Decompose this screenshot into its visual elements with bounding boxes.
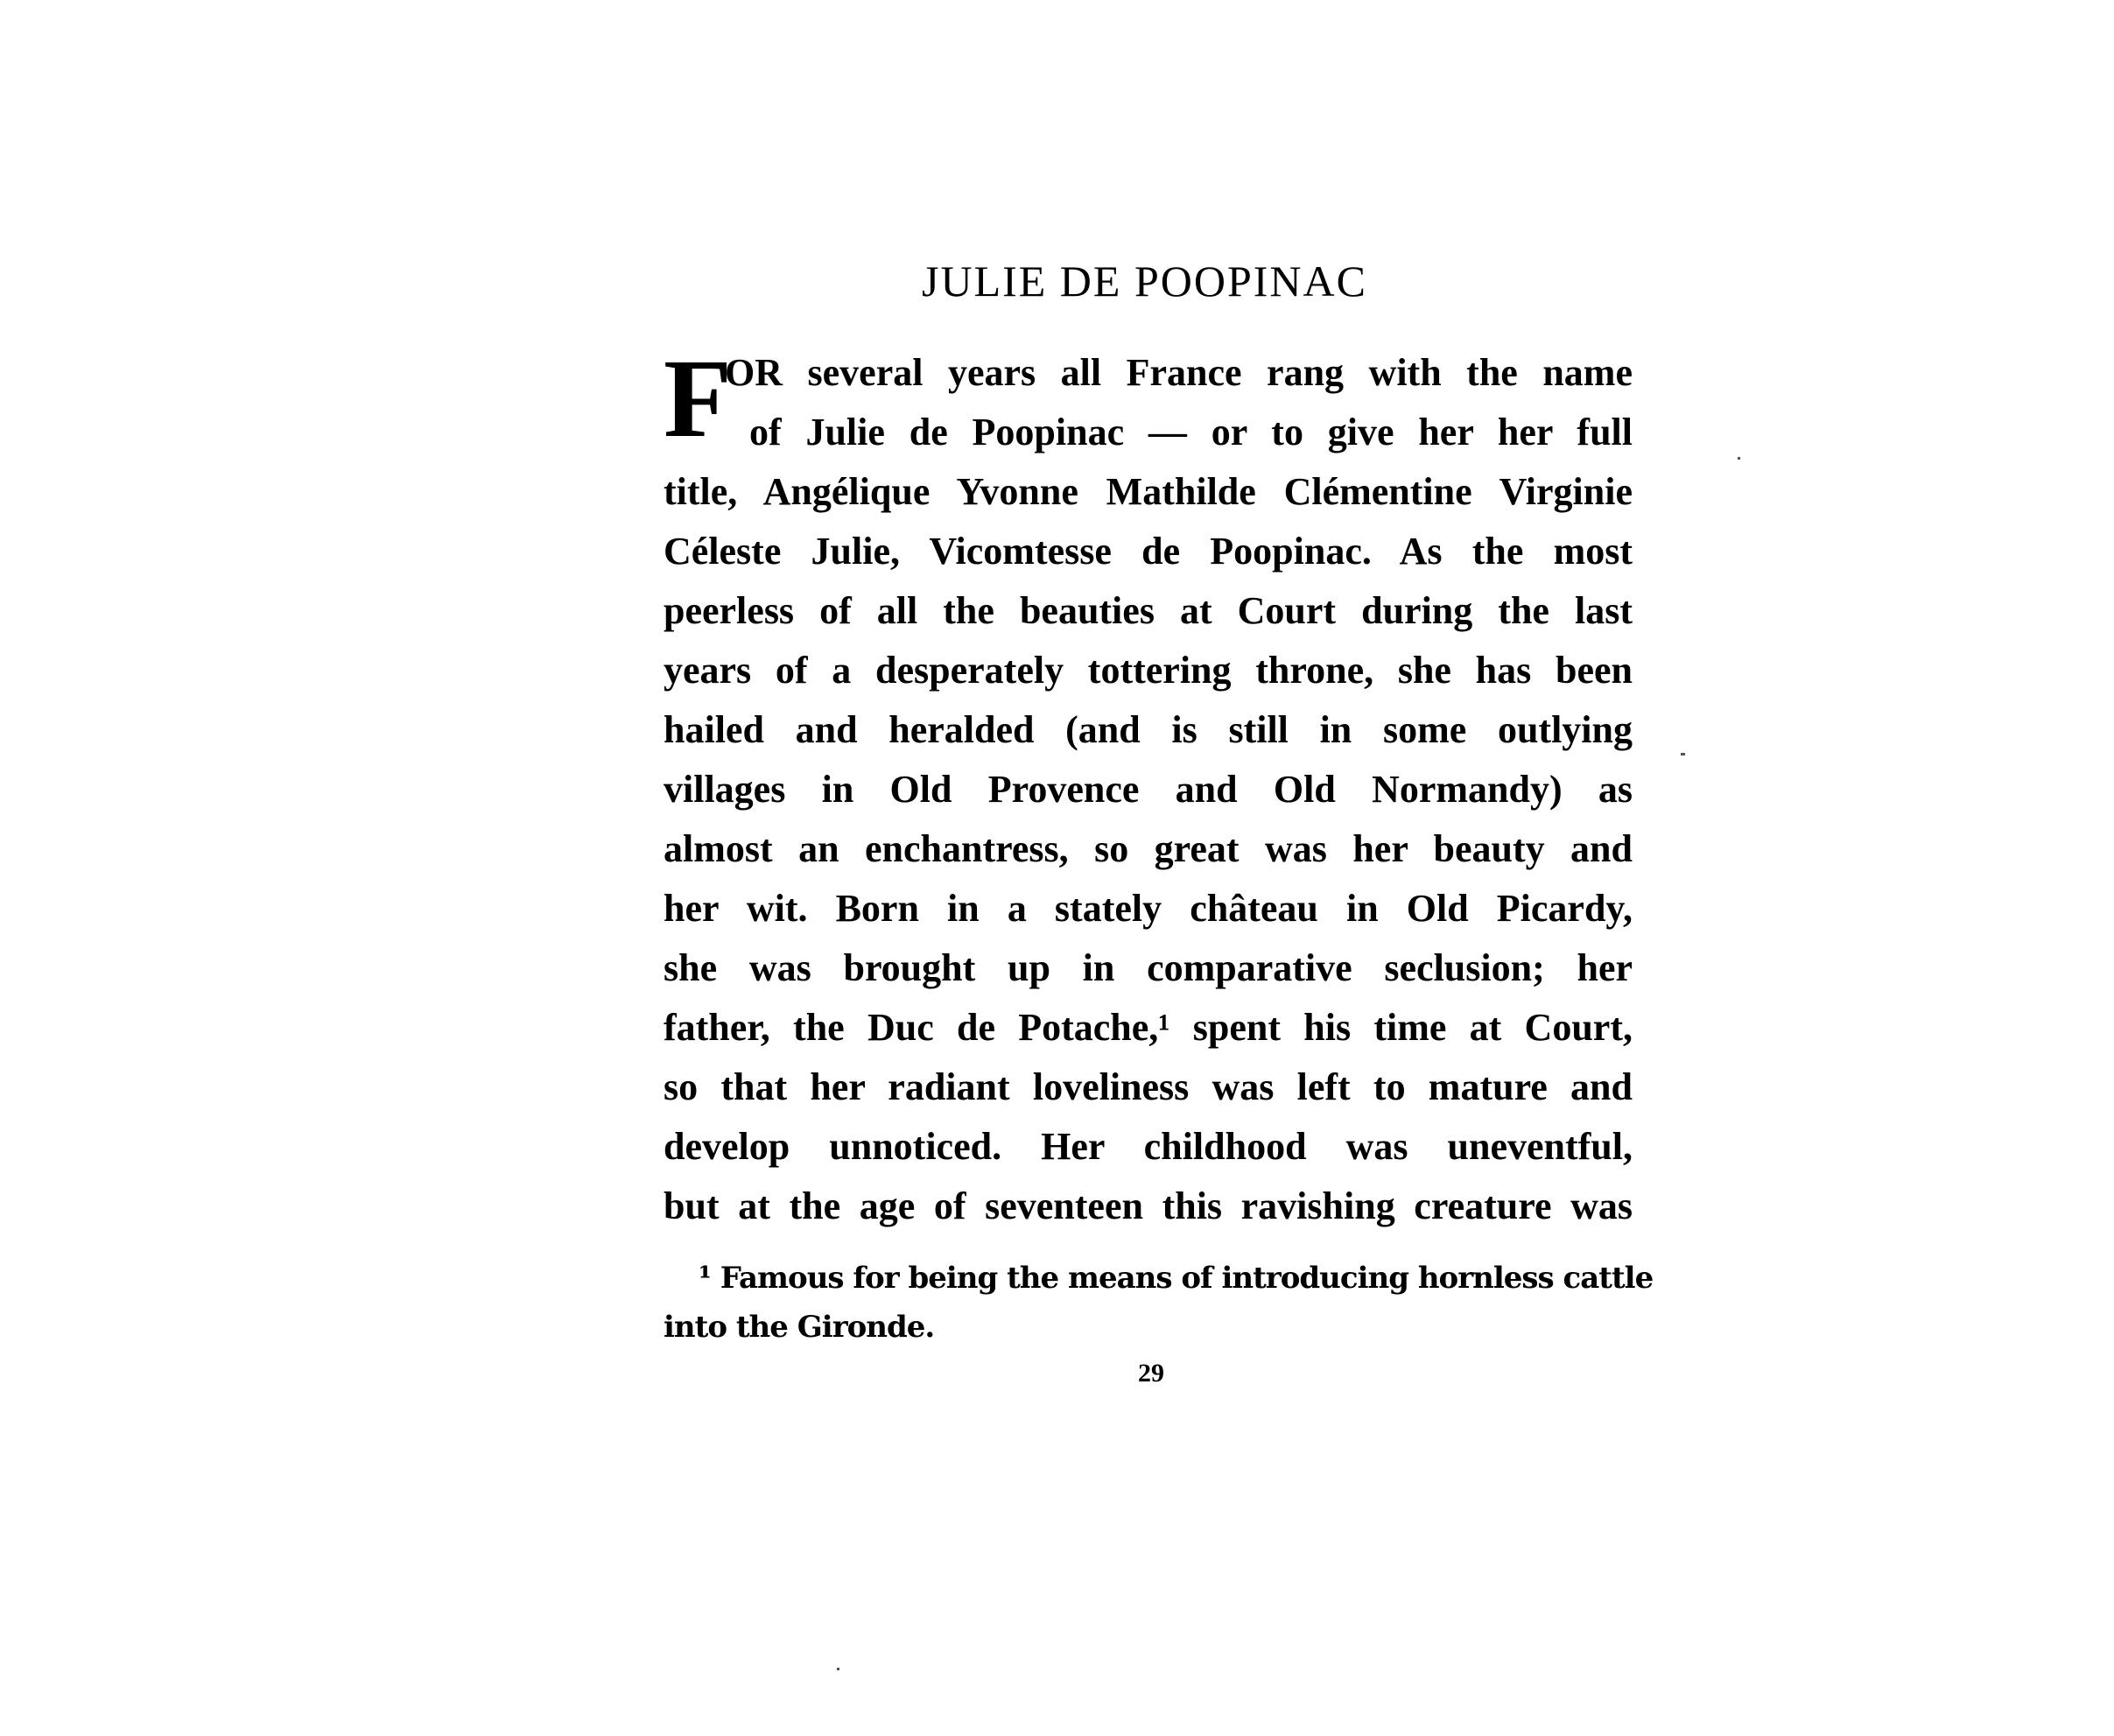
- text-line: but at the age of seventeen this ravishi…: [664, 1177, 1633, 1236]
- text-line: years of a desperately tottering throne,…: [664, 641, 1633, 700]
- scan-speck: [1681, 753, 1685, 756]
- text-line: of Julie de Poopinac — or to give her he…: [664, 403, 1633, 462]
- text-line: title, Angélique Yvonne Mathilde Clément…: [664, 462, 1633, 522]
- body-text: OR several years all France rang with th…: [664, 343, 1633, 1236]
- footnote-line: into the Gironde.: [664, 1303, 1633, 1352]
- page-title: JULIE DE POOPINAC: [0, 256, 2114, 306]
- text-line: peerless of all the beauties at Court du…: [664, 581, 1633, 641]
- text-line: father, the Duc de Potache,¹ spent his t…: [664, 998, 1633, 1058]
- footnote-line: ¹ Famous for being the means of introduc…: [664, 1254, 1633, 1303]
- scan-speck: [837, 1668, 839, 1670]
- text-line: Céleste Julie, Vicomtesse de Poopinac. A…: [664, 522, 1633, 581]
- text-line: she was brought up in comparative seclus…: [664, 938, 1633, 998]
- text-line: so that her radiant loveliness was left …: [664, 1058, 1633, 1117]
- text-line: hailed and heralded (and is still in som…: [664, 700, 1633, 760]
- scan-speck: [1738, 457, 1740, 460]
- footnote: ¹ Famous for being the means of introduc…: [664, 1254, 1633, 1352]
- text-line: almost an enchantress, so great was her …: [664, 819, 1633, 879]
- text-line: her wit. Born in a stately château in Ol…: [664, 879, 1633, 938]
- page-number: 29: [0, 1359, 2114, 1388]
- text-line: develop unnoticed. Her childhood was une…: [664, 1117, 1633, 1177]
- text-line: OR several years all France rang with th…: [664, 343, 1633, 403]
- text-line: villages in Old Provence and Old Normand…: [664, 760, 1633, 819]
